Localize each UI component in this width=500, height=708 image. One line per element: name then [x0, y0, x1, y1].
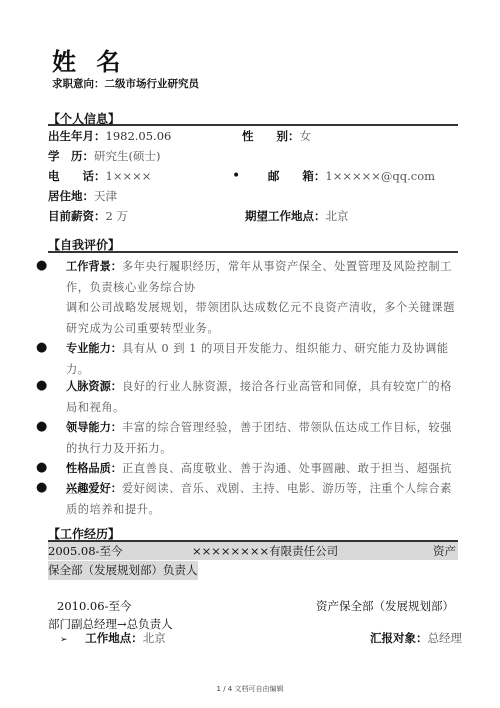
salary-label: 目前薪资： [48, 209, 106, 223]
job2-department: 资产保全部（发展规划部） [316, 598, 454, 614]
candidate-name: 姓 名 [52, 42, 126, 77]
item-label: 工作背景： [66, 259, 122, 273]
email-row: • 邮 箱：1×××××@qq.com [232, 168, 435, 184]
education-label: 学 历： [48, 149, 94, 163]
job2-report-row: 汇报对象：总经理 [370, 630, 462, 646]
education-value: 研究生(硕士) [94, 149, 160, 163]
item-text: 的执行力及开拓力。 [66, 439, 461, 460]
bullet-icon: ● [36, 338, 48, 359]
expected-location-label: 期望工作地点： [245, 209, 326, 223]
job1-company: ××××××××有限责任公司 [192, 543, 338, 559]
gender-row: 性 别：女 [242, 128, 311, 144]
item-text: 爱好阅读、音乐、戏剧、主持、电影、游历等，注重个人综合素 [122, 482, 452, 495]
arrow-bullet-icon: ➢ [60, 635, 68, 645]
self-eval-item-work-background: ● 工作背景：多年央行履职经历，常年从事资产保全、处置管理及风险控制工 作，负责… [66, 256, 461, 339]
birth-date-label: 出生年月： [48, 129, 106, 143]
item-text: 研究成为公司重要转型业务。 [66, 319, 461, 340]
bullet-icon: ● [36, 376, 48, 397]
item-text: 正直善良、高度敬业、善于沟通、处事圆融、敢于担当、超强抗 [122, 462, 452, 475]
item-text: 丰富的综合管理经验，善于团结、带领队伍达成工作目标，较强 [122, 421, 452, 434]
phone-label: 电 话： [48, 169, 106, 183]
job1-title: 保全部（发展规划部）负责人 [48, 561, 198, 580]
job1-department-prefix: 资产 [433, 543, 456, 559]
email-label: 邮 箱： [268, 169, 326, 183]
phone-value: 1×××× [106, 169, 152, 183]
item-text: 多年央行履职经历，常年从事资产保全、处置管理及风险控制工 [122, 260, 452, 273]
item-text: 具有从 0 到 1 的项目开发能力、组织能力、研究能力及协调能力。 [66, 342, 449, 376]
bullet-icon: ● [36, 256, 48, 277]
item-label: 专业能力： [66, 341, 122, 355]
item-label: 领导能力： [66, 420, 122, 434]
email-value: 1×××××@qq.com [325, 169, 435, 183]
item-text: 局和视角。 [66, 398, 461, 419]
gender-label: 性 别： [242, 129, 300, 143]
self-eval-item-network: ● 人脉资源：良好的行业人脉资源，接洽各行业高管和同僚，具有较宽广的格 局和视角… [66, 376, 461, 418]
self-eval-item-hobbies-block: ● 兴趣爱好：爱好阅读、音乐、戏剧、主持、电影、游历等，注重个人综合素 质的培养… [66, 478, 461, 520]
expected-location-row: 期望工作地点：北京 [245, 208, 349, 224]
bullet-icon: ● [36, 417, 48, 438]
item-label: 人脉资源： [66, 379, 122, 393]
expected-location-value: 北京 [326, 209, 349, 223]
bullet-icon: ● [36, 478, 48, 499]
job-objective: 求职意向：二级市场行业研究员 [52, 76, 199, 91]
salary-row: 目前薪资：2 万 [48, 208, 128, 224]
item-label: 性格品质： [66, 461, 122, 475]
item-text: 调和公司战略发展规划，带领团队达成数亿元不良资产清收，多个关键课题 [66, 298, 461, 319]
item-text: 良好的行业人脉资源，接洽各行业高管和同僚，具有较宽广的格 [122, 380, 452, 393]
page-footer: 1 / 4 文档可自由编辑 [0, 684, 500, 694]
job2-location-label: 工作地点： [85, 631, 143, 645]
salary-value: 2 万 [106, 209, 128, 223]
item-text: 作，负责核心业务综合协 [66, 278, 461, 299]
section-divider [48, 251, 458, 253]
job2-report-label: 汇报对象： [370, 631, 428, 645]
self-eval-item-leadership: ● 领导能力：丰富的综合管理经验，善于团结、带领队伍达成工作目标，较强 的执行力… [66, 417, 461, 459]
residence-value: 天津 [94, 189, 117, 203]
item-label: 兴趣爱好： [66, 481, 122, 495]
item-text: 质的培养和提升。 [66, 500, 461, 521]
section-divider [48, 124, 458, 126]
bullet-icon: • [232, 168, 240, 184]
education-row: 学 历：研究生(硕士) [48, 148, 160, 164]
job2-period: 2010.06-至今 [57, 598, 131, 614]
residence-row: 居住地：天津 [48, 188, 117, 204]
job2-location-row: ➢ 工作地点：北京 [60, 630, 166, 648]
self-eval-item-professional-ability: ● 专业能力：具有从 0 到 1 的项目开发能力、组织能力、研究能力及协调能力。 [66, 338, 461, 380]
job2-report-value: 总经理 [428, 631, 463, 645]
birth-date-row: 出生年月：1982.05.06 [48, 128, 171, 144]
birth-date-value: 1982.05.06 [106, 129, 172, 143]
bullet-icon: ● [36, 458, 48, 479]
job1-header-bar: 2005.08-至今 ××××××××有限责任公司 资产 [48, 542, 458, 560]
job2-location-value: 北京 [143, 631, 166, 645]
phone-row: 电 话：1×××× [48, 168, 151, 184]
residence-label: 居住地： [48, 189, 94, 203]
job1-period: 2005.08-至今 [48, 543, 122, 559]
gender-value: 女 [300, 129, 312, 143]
